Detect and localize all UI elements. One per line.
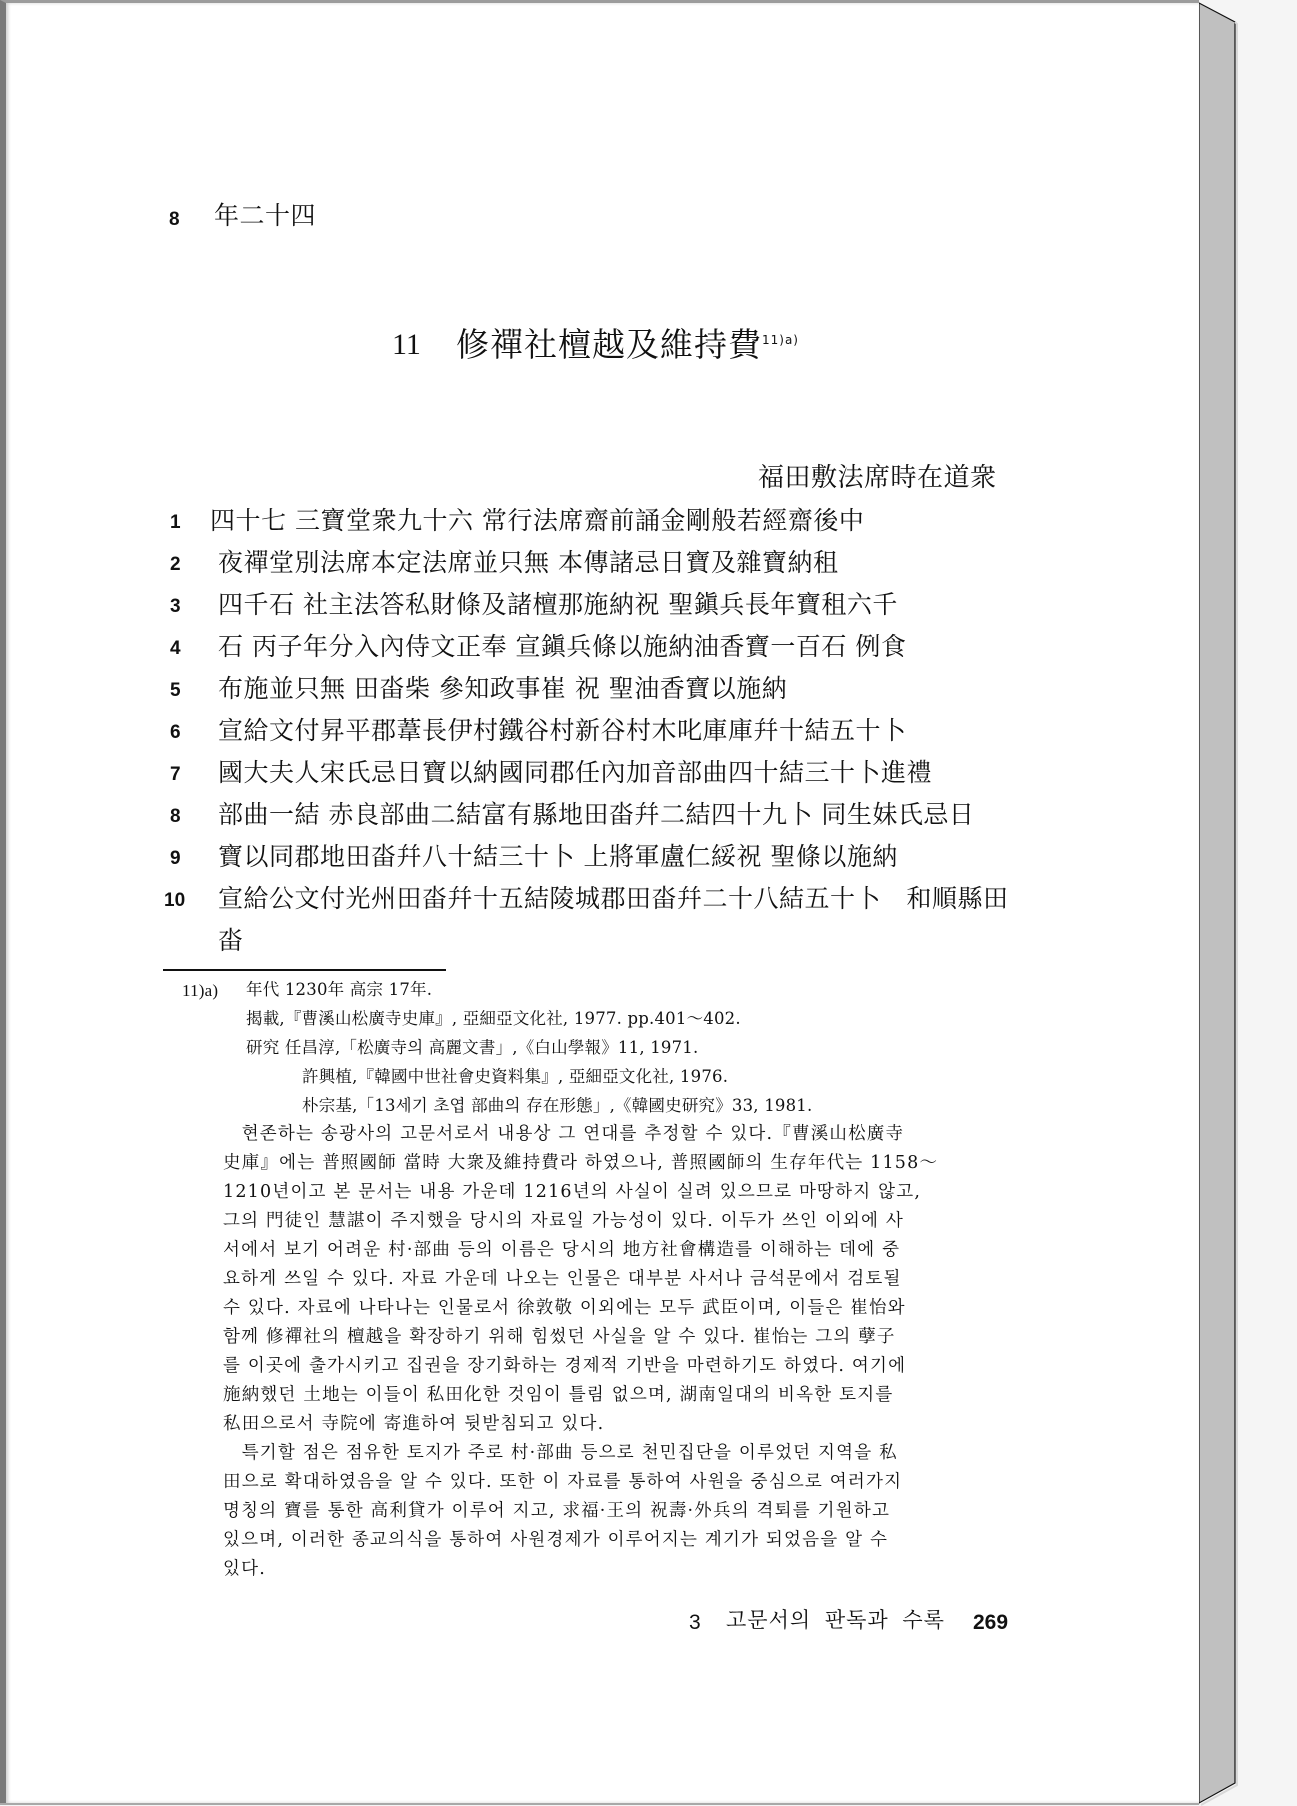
page-number: 269 xyxy=(973,1612,1008,1633)
line-number: 1 xyxy=(170,513,181,532)
line-number: 4 xyxy=(170,639,181,658)
commentary-line: 田으로 확대하였음을 알 수 있다. 또한 이 자료를 통하여 사원을 중심으로… xyxy=(223,1474,902,1492)
transcription-line: 宣給文付昇平郡葦長伊村鐵谷村新谷村木叱庫庫幷十結五十卜 xyxy=(218,718,907,743)
commentary-line: 수 있다. 자료에 나타나는 인물로서 徐敦敬 이외에는 모두 武臣이며, 이들… xyxy=(223,1300,906,1318)
transcription-line: 石 丙子年分入內侍文正奉 宣鎭兵條以施納油香寶一百石 例食 xyxy=(218,634,906,659)
section-title: 修禪社檀越及維持費11)a) xyxy=(456,328,799,361)
commentary-line: 서에서 보기 어려운 村·部曲 등의 이름은 당시의 地方社會構造를 이해하는 … xyxy=(223,1242,900,1260)
transcription-line: 部曲一結 赤良部曲二結富有縣地田畓幷二結四十九卜 同生妹氏忌日 xyxy=(218,802,974,827)
footer-chapter: 3 xyxy=(689,1612,701,1633)
footnote-line: 朴宗基,「13세기 초엽 部曲의 存在形態」,《韓國史研究》33, 1981. xyxy=(302,1098,812,1115)
running-header-number: 8 xyxy=(169,210,180,229)
subheading: 福田敷法席時在道衆 xyxy=(758,465,997,491)
line-number: 10 xyxy=(164,891,185,910)
transcription-line: 四十七 三寶堂衆九十六 常行法席齋前誦金剛般若經齋後中 xyxy=(210,508,864,533)
transcription-line: 寶以同郡地田畓幷八十結三十卜 上將軍盧仁綏祝 聖條以施納 xyxy=(218,844,898,869)
line-number: 7 xyxy=(170,765,181,784)
page-spine xyxy=(1199,0,1235,1806)
section-title-text: 修禪社檀越及維持費 xyxy=(456,325,762,364)
commentary-line: 史庫』에는 普照國師 當時 大衆及維持費라 하였으나, 普照國師의 生存年代는 … xyxy=(223,1155,938,1173)
line-number: 2 xyxy=(170,555,181,574)
footnote-ref[interactable]: 11)a) xyxy=(762,333,799,347)
footnote-line: 研究 任昌淳,「松廣寺의 高麗文書」,《白山學報》11, 1971. xyxy=(246,1040,698,1057)
transcription-line: 國大夫人宋氏忌日寶以納國同郡任內加音部曲四十結三十卜進禮 xyxy=(218,760,932,785)
transcription-line: 布施並只無 田畓柴 參知政事崔 祝 聖油香寶以施納 xyxy=(218,676,787,701)
commentary-line: 施納했던 土地는 이들이 私田化한 것임이 틀림 없으며, 湖南일대의 비옥한 … xyxy=(223,1387,893,1405)
line-number: 9 xyxy=(170,849,181,868)
line-number: 3 xyxy=(170,597,181,616)
commentary-line: 私田으로서 寺院에 寄進하여 뒷받침되고 있다. xyxy=(223,1416,604,1434)
commentary-line: 있으며, 이러한 종교의식을 통하여 사원경제가 이루어지는 계기가 되었음을 … xyxy=(223,1532,888,1550)
footnote-line: 許興植,『韓國中世社會史資料集』, 亞細亞文化社, 1976. xyxy=(302,1069,728,1086)
line-number: 6 xyxy=(170,723,181,742)
footnote-rule xyxy=(163,969,446,971)
footnote-line: 揭載,『曹溪山松廣寺史庫』, 亞細亞文化社, 1977. pp.401～402. xyxy=(246,1011,741,1028)
commentary-line: 있다. xyxy=(223,1561,266,1579)
footer-title: 고문서의 판독과 수록 xyxy=(726,1610,945,1631)
commentary-line: 현존하는 송광사의 고문서로서 내용상 그 연대를 추정할 수 있다.『曹溪山松… xyxy=(223,1126,904,1144)
transcription-line: 宣給公文付光州田畓幷十五結陵城郡田畓幷二十八結五十卜 和順縣田 xyxy=(218,886,1009,911)
commentary-line: 요하게 쓰일 수 있다. 자료 가운데 나오는 인물은 대부분 사서나 금석문에… xyxy=(223,1271,902,1289)
line-number: 5 xyxy=(170,681,181,700)
transcription-line: 畓 xyxy=(218,928,244,953)
commentary-line: 명칭의 寶를 통한 高利貸가 이루어 지고, 求福·王의 祝壽·外兵의 격퇴를 … xyxy=(223,1503,890,1521)
footnote-label: 11)a) xyxy=(182,982,218,999)
transcription-line: 四千石 社主法答私財條及諸檀那施納祝 聖鎭兵長年寶租六千 xyxy=(218,592,898,617)
commentary-line: 특기할 점은 점유한 토지가 주로 村·部曲 등으로 천민집단을 이루었던 지역… xyxy=(223,1445,898,1463)
document-page: 8 年二十四 11 修禪社檀越及維持費11)a) 福田敷法席時在道衆 1 四十七… xyxy=(0,0,1199,1803)
commentary-line: 를 이곳에 출가시키고 집권을 장기화하는 경제적 기반을 마련하기도 하였다.… xyxy=(223,1358,906,1376)
transcription-line: 夜禪堂別法席本定法席並只無 本傳諸忌日寶及雜寶納租 xyxy=(218,550,838,575)
commentary-line: 그의 門徒인 慧諶이 주지했을 당시의 자료일 가능성이 있다. 이두가 쓰인 … xyxy=(223,1213,904,1231)
commentary-line: 함께 修禪社의 檀越을 확장하기 위해 힘썼던 사실을 알 수 있다. 崔怡는 … xyxy=(223,1329,896,1347)
commentary-line: 1210년이고 본 문서는 내용 가운데 1216년의 사실이 실려 있으므로 … xyxy=(223,1184,921,1202)
running-header-text: 年二十四 xyxy=(214,203,316,228)
section-number: 11 xyxy=(392,330,421,360)
footnote-line: 年代 1230年 高宗 17年. xyxy=(246,982,432,999)
line-number: 8 xyxy=(170,807,181,826)
